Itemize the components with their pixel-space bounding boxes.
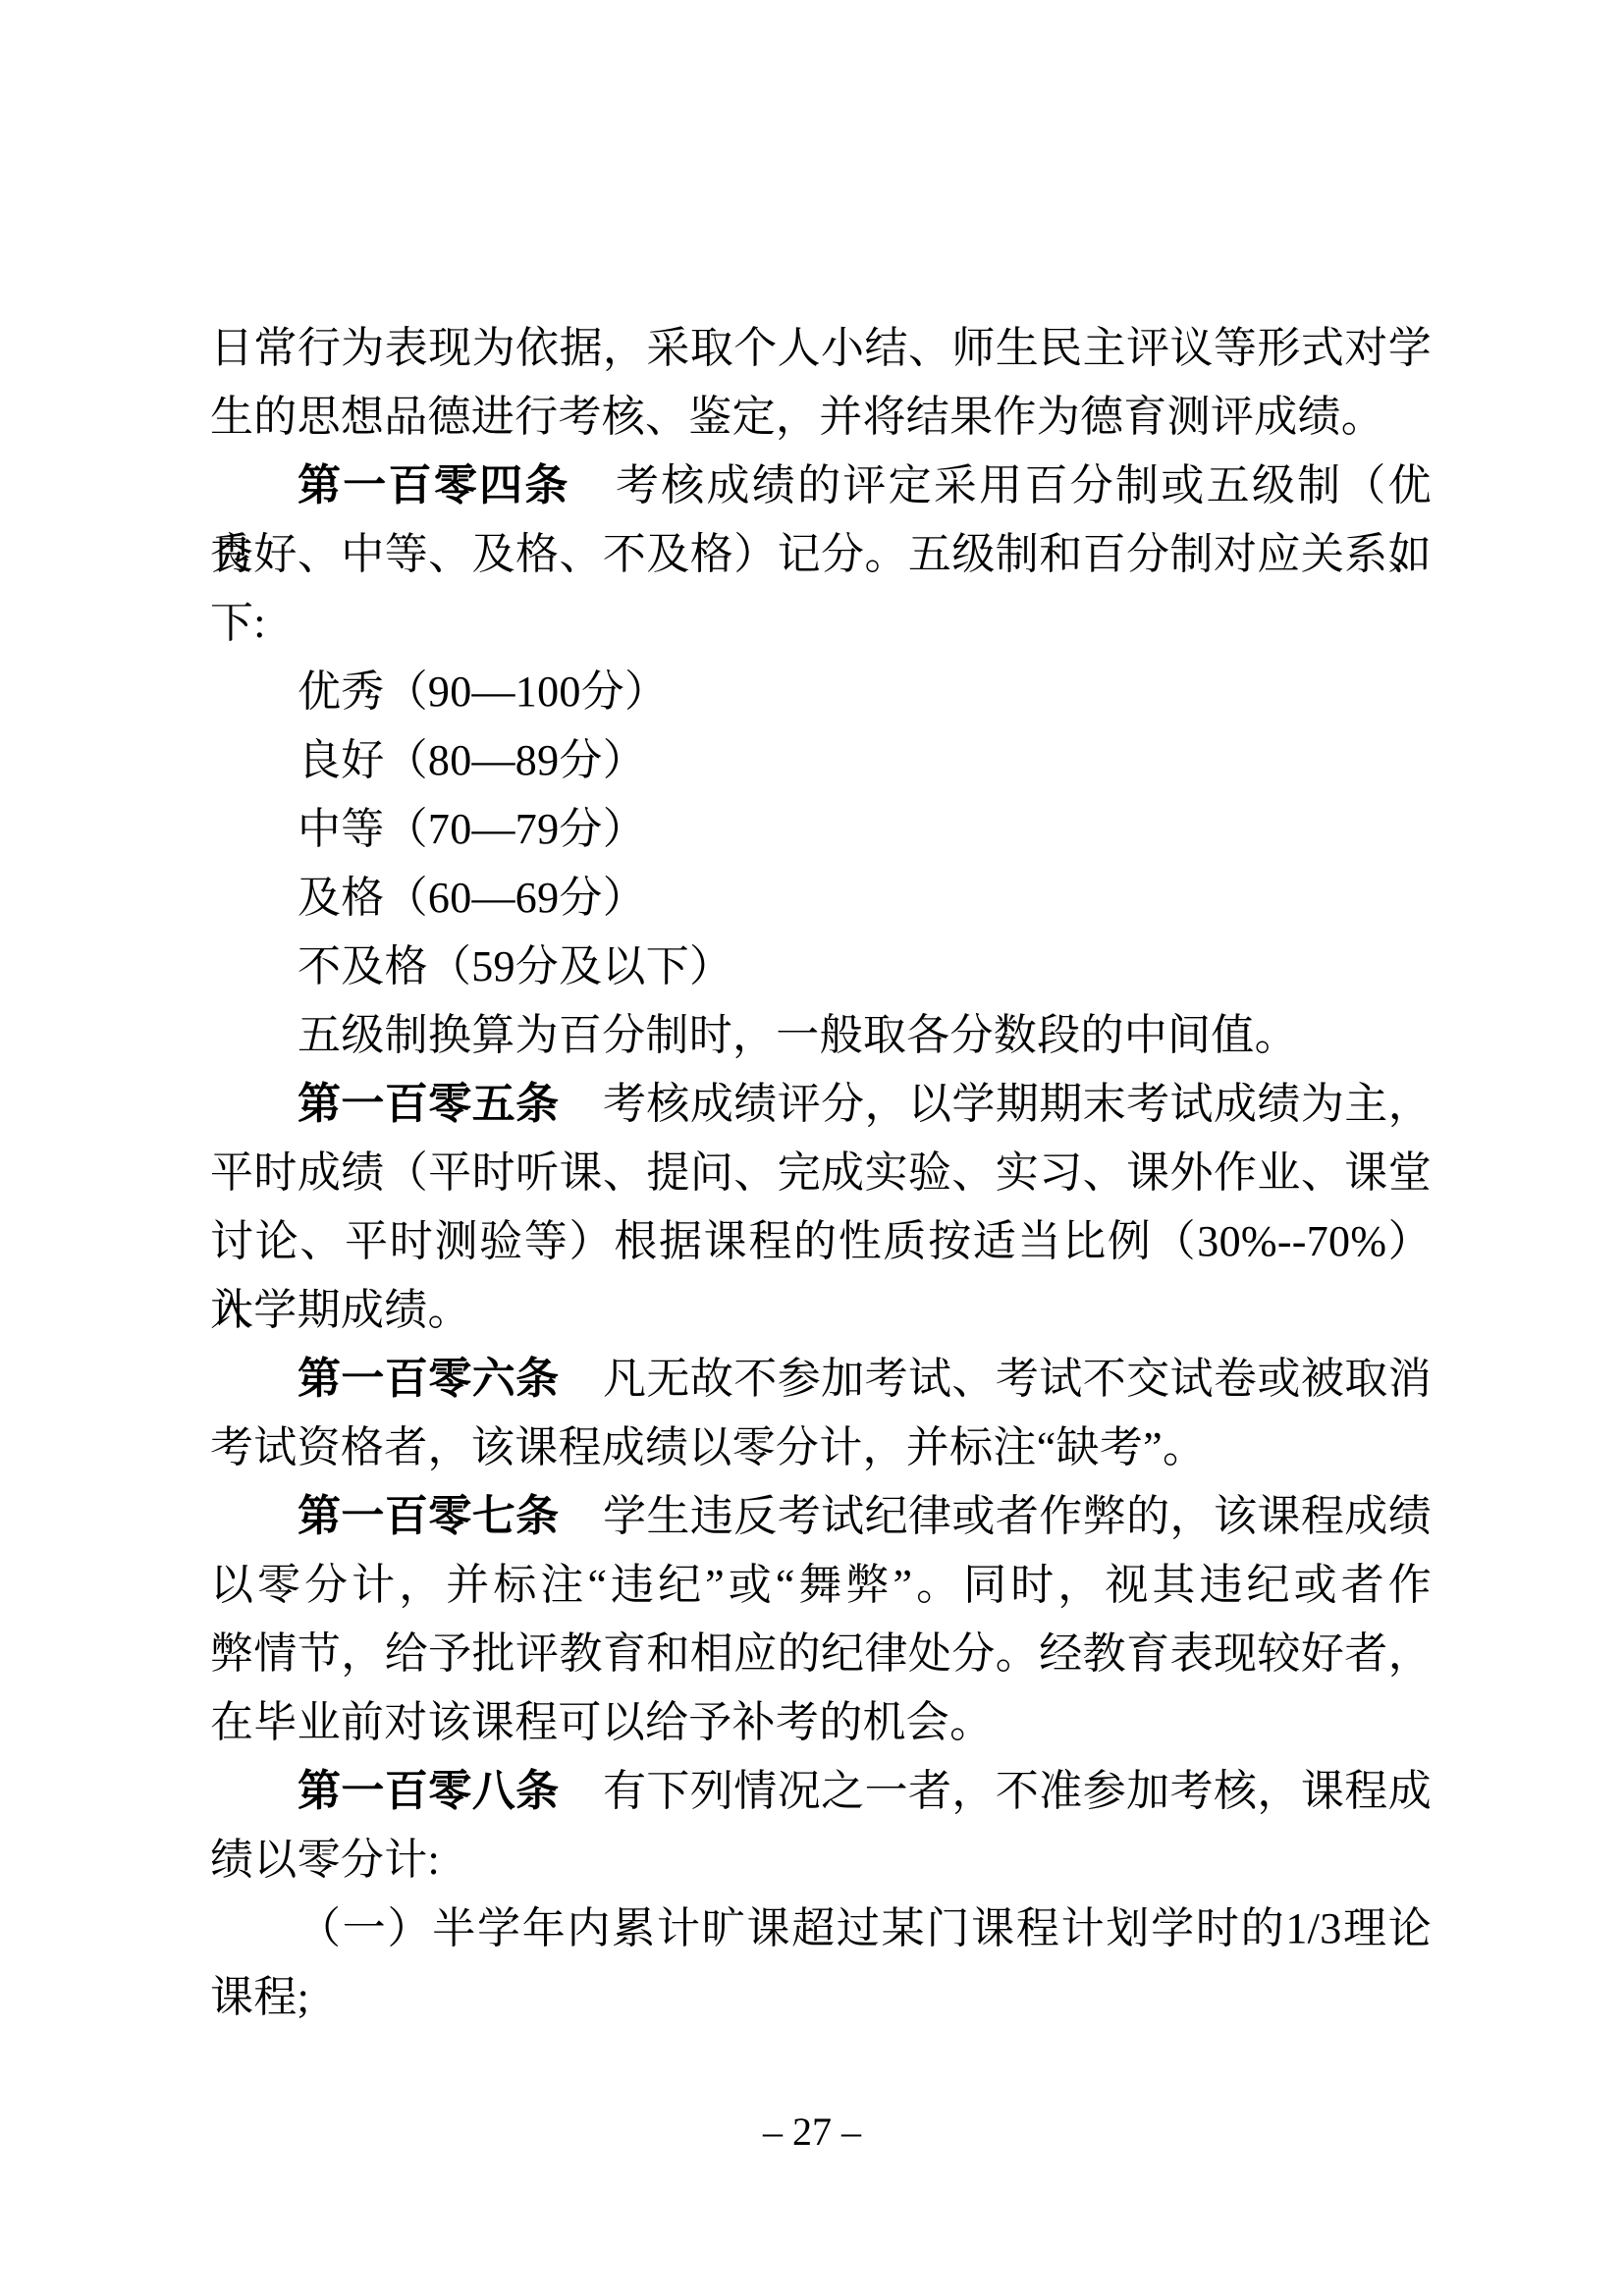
- grade-line-excellent: 优秀（90—100分）: [210, 658, 1432, 726]
- line-text: 弊情节，给予批评教育和相应的纪律处分。经教育表现较好者，: [210, 1629, 1432, 1678]
- text-line: 讨论、平时测验等）根据课程的性质按适当比例（30%--70%）计: [210, 1207, 1432, 1276]
- text-line: 良好、中等、及格、不及格）记分。五级制和百分制对应关系如: [210, 520, 1432, 589]
- line-text: 及格（60—69分）: [298, 874, 646, 922]
- line-text: （一）半学年内累计旷课超过某门课程计划学时的1/3理论: [298, 1904, 1432, 1952]
- line-text: 以零分计，并标注“违纪”或“舞弊”。同时，视其违纪或者作: [210, 1561, 1432, 1609]
- line-text: 凡无故不参加考试、考试不交试卷或被取消: [560, 1355, 1432, 1403]
- grade-line-medium: 中等（70—79分）: [210, 795, 1432, 864]
- text-line: 第一百零五条 考核成绩评分，以学期期末考试成绩为主，: [210, 1070, 1432, 1139]
- line-text: 良好、中等、及格、不及格）记分。五级制和百分制对应关系如: [210, 530, 1432, 578]
- line-text: 在毕业前对该课程可以给予补考的机会。: [210, 1698, 993, 1746]
- grade-line-pass: 及格（60—69分）: [210, 864, 1432, 933]
- line-text: 五级制换算为百分制时，一般取各分数段的中间值。: [298, 1011, 1298, 1059]
- list-item-one: （一）半学年内累计旷课超过某门课程计划学时的1/3理论: [210, 1895, 1432, 1963]
- line-text: 生的思想品德进行考核、鉴定，并将结果作为德育测评成绩。: [210, 393, 1384, 441]
- line-text: 平时成绩（平时听课、提问、完成实验、实习、课外作业、课堂: [210, 1148, 1432, 1197]
- text-line: 绩以零分计:: [210, 1826, 1432, 1895]
- line-text: 学生违反考试纪律或者作弊的，该课程成绩: [560, 1492, 1432, 1540]
- text-line: 在毕业前对该课程可以给予补考的机会。: [210, 1688, 1432, 1757]
- article-number: 第一百零六条: [298, 1355, 560, 1403]
- line-text: 优秀（90—100分）: [298, 667, 668, 716]
- body-text: 日常行为表现为依据，采取个人小结、师生民主评议等形式对学 生的思想品德进行考核、…: [210, 314, 1432, 2032]
- line-text: 中等（70—79分）: [298, 805, 646, 853]
- text-line: 第一百零八条 有下列情况之一者，不准参加考核，课程成: [210, 1757, 1432, 1826]
- grade-line-fail: 不及格（59分及以下）: [210, 933, 1432, 1001]
- line-text: 考核成绩评分，以学期期末考试成绩为主，: [560, 1080, 1432, 1128]
- article-number: 第一百零七条: [298, 1492, 560, 1540]
- grade-line-good: 良好（80—89分）: [210, 726, 1432, 795]
- line-text: 考试资格者，该课程成绩以零分计，并标注“缺考”。: [210, 1423, 1206, 1471]
- document-page: 日常行为表现为依据，采取个人小结、师生民主评议等形式对学 生的思想品德进行考核、…: [0, 0, 1624, 2296]
- line-text: 不及格（59分及以下）: [298, 942, 732, 990]
- text-line: 第一百零六条 凡无故不参加考试、考试不交试卷或被取消: [210, 1345, 1432, 1414]
- text-line: 弊情节，给予批评教育和相应的纪律处分。经教育表现较好者，: [210, 1620, 1432, 1688]
- text-line: 五级制换算为百分制时，一般取各分数段的中间值。: [210, 1001, 1432, 1070]
- text-line: 考试资格者，该课程成绩以零分计，并标注“缺考”。: [210, 1414, 1432, 1482]
- text-line: 生的思想品德进行考核、鉴定，并将结果作为德育测评成绩。: [210, 383, 1432, 452]
- line-text: 绩以零分计:: [210, 1836, 440, 1884]
- text-line: 平时成绩（平时听课、提问、完成实验、实习、课外作业、课堂: [210, 1139, 1432, 1207]
- text-line: 第一百零七条 学生违反考试纪律或者作弊的，该课程成绩: [210, 1482, 1432, 1551]
- article-number: 第一百零四条: [298, 461, 570, 509]
- text-line: 以零分计，并标注“违纪”或“舞弊”。同时，视其违纪或者作: [210, 1551, 1432, 1620]
- page-number-text: – 27 –: [763, 2109, 861, 2154]
- article-number: 第一百零八条: [298, 1767, 560, 1815]
- text-line: 下:: [210, 589, 1432, 658]
- page-number: – 27 –: [0, 2109, 1624, 2156]
- line-text: 有下列情况之一者，不准参加考核，课程成: [560, 1767, 1432, 1815]
- article-number: 第一百零五条: [298, 1080, 560, 1128]
- text-line: 第一百零四条 考核成绩的评定采用百分制或五级制（优秀、: [210, 452, 1432, 520]
- line-text: 课程;: [210, 1973, 309, 2021]
- line-text: 下:: [210, 599, 266, 647]
- text-line: 日常行为表现为依据，采取个人小结、师生民主评议等形式对学: [210, 314, 1432, 383]
- line-text: 良好（80—89分）: [298, 736, 646, 784]
- line-text: 入学期成绩。: [210, 1286, 471, 1334]
- line-text: 日常行为表现为依据，采取个人小结、师生民主评议等形式对学: [210, 324, 1432, 372]
- text-line: 入学期成绩。: [210, 1276, 1432, 1345]
- text-line: 课程;: [210, 1963, 1432, 2032]
